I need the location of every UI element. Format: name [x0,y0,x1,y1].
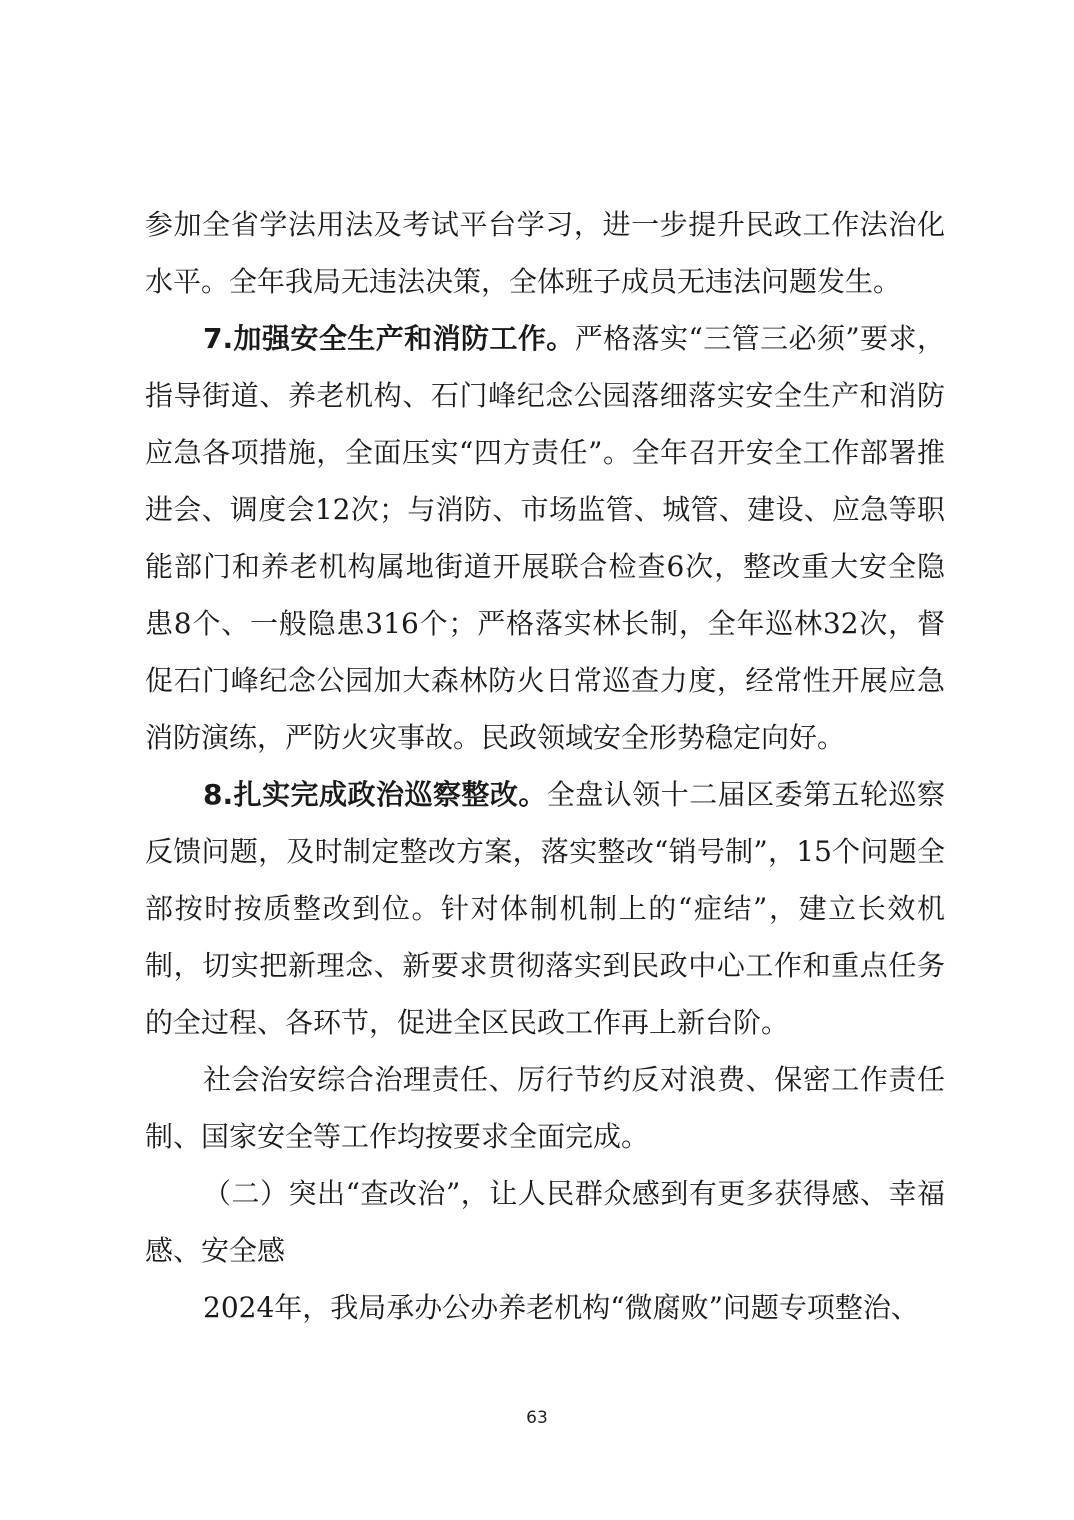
item-8-heading: 8.扎实完成政治巡察整改。 [203,778,547,811]
item-7-heading: 7.加强安全生产和消防工作。 [203,322,575,355]
item-8-text: 全盘认领十二届区委第五轮巡察反馈问题，及时制定整改方案，落实整改“销号制”，15… [145,778,945,1039]
paragraph-continued: 参加全省学法用法及考试平台学习，进一步提升民政工作法治化水平。全年我局无违法决策… [145,196,945,310]
section-heading-text: （二）突出“查改治”，让人民群众感到有更多获得感、幸福感、安全感 [145,1177,945,1267]
paragraph-text: 社会治安综合治理责任、厉行节约反对浪费、保密工作责任制、国家安全等工作均按要求全… [145,1063,945,1153]
paragraph-item-8: 8.扎实完成政治巡察整改。全盘认领十二届区委第五轮巡察反馈问题，及时制定整改方案… [145,766,945,1051]
paragraph-2024: 2024年，我局承办公办养老机构“微腐败”问题专项整治、 [145,1279,945,1336]
paragraph-other-duties: 社会治安综合治理责任、厉行节约反对浪费、保密工作责任制、国家安全等工作均按要求全… [145,1051,945,1165]
item-7-text: 严格落实“三管三必须”要求，指导街道、养老机构、石门峰纪念公园落细落实安全生产和… [145,322,945,754]
paragraph-item-7: 7.加强安全生产和消防工作。严格落实“三管三必须”要求，指导街道、养老机构、石门… [145,310,945,766]
paragraph-text: 2024年，我局承办公办养老机构“微腐败”问题专项整治、 [203,1291,919,1324]
page-number: 63 [0,1408,1074,1428]
section-heading-2: （二）突出“查改治”，让人民群众感到有更多获得感、幸福感、安全感 [145,1165,945,1279]
paragraph-text: 参加全省学法用法及考试平台学习，进一步提升民政工作法治化水平。全年我局无违法决策… [145,208,945,298]
document-page: 参加全省学法用法及考试平台学习，进一步提升民政工作法治化水平。全年我局无违法决策… [0,0,1074,1520]
document-body: 参加全省学法用法及考试平台学习，进一步提升民政工作法治化水平。全年我局无违法决策… [145,196,945,1336]
